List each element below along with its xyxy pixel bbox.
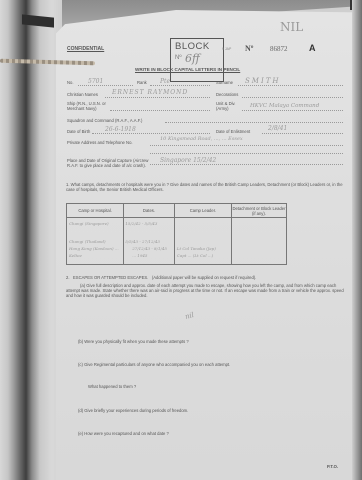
field-value-address: 10 Kingsmead Road, ..., ... Essex [160, 136, 243, 142]
field-line [78, 85, 133, 86]
question-c-label: (c) [78, 362, 83, 367]
section2-heading: 2. ESCAPES OR ATTEMPTED ESCAPES. (Additi… [66, 275, 256, 280]
field-value-capture: Singapore 15/2/42 [160, 157, 216, 164]
field-line [150, 153, 343, 154]
question-d: (d) Give briefly your experiences during… [78, 408, 188, 413]
field-line [110, 110, 210, 111]
col-camp: Camp or Hospital. [67, 204, 124, 218]
classification-label: CONFIDENTIAL [67, 46, 104, 52]
field-value-surname: SMITH [245, 77, 281, 85]
col-dates: Dates. [124, 204, 175, 218]
field-value-no: 5701 [88, 78, 103, 85]
cell-camps: Changi (Singapore) Changi (Thailand) Hon… [67, 218, 124, 265]
field-label-capture: Place and Date of Original Capture (Airc… [67, 159, 157, 168]
nil-annotation: NIL [280, 20, 303, 34]
field-label-no: No. [67, 80, 74, 85]
stamp-no-label: Nº [175, 55, 182, 61]
stamp-title: BLOCK [175, 41, 210, 52]
field-label-christian-names: Christian Names [67, 92, 98, 97]
field-label-surname: Surname [216, 80, 233, 85]
pto-label: P.T.O. [327, 464, 338, 469]
field-label-enlistment: Date of Enlistment [216, 129, 250, 134]
col-camp-leader: Camp Leader. [174, 204, 231, 218]
camps-table: Camp or Hospital. Dates. Camp Leader. De… [66, 203, 287, 265]
field-label-decorations: Decorations [216, 92, 238, 97]
leader-entry: Lt Col Tanaka (Jap) [177, 246, 216, 251]
file-binder-spine [0, 0, 62, 480]
question-c-text: Give Regimental particulars of anyone wh… [84, 362, 230, 367]
serial-number: 86872 [270, 45, 288, 53]
camp-entry: Hong Kong (Kowloon) ... [69, 246, 119, 251]
field-line [105, 97, 210, 98]
section2-note: (Additional paper will be supplied on re… [152, 275, 257, 280]
dates-entry: 15/2/42 - 5/5/43 [125, 221, 157, 226]
field-value-unit: HKVC Malaya Command [250, 103, 319, 109]
camp-entry: Keltee [69, 253, 82, 258]
camps-table-body: Changi (Singapore) Changi (Thailand) Hon… [67, 218, 287, 265]
camps-table-header: Camp or Hospital. Dates. Camp Leader. De… [67, 204, 287, 218]
field-line [242, 97, 343, 98]
dates-entry: 27/12/43 - 8/1/45 [132, 246, 167, 251]
question-d-text: Give briefly your experiences during per… [84, 408, 188, 413]
question-a: (a) Give full description and approx. da… [66, 284, 351, 298]
cell-detachment-leaders [231, 218, 286, 265]
field-value-dob: 26-6-1918 [105, 126, 136, 133]
field-value-enlistment: 2/8/41 [268, 125, 287, 132]
question-c-followup: What happened to them ? [88, 384, 136, 389]
field-label-address: Private Address and Telephone No. [67, 140, 133, 145]
serial-suffix: A [309, 43, 316, 53]
field-label-squadron: Squadron and Command (R.A.F., A.A.F.) [67, 118, 142, 123]
field-line [150, 164, 343, 165]
field-line [150, 145, 343, 146]
col-detachment-leader: Detachment or Block Leader (if any). [231, 204, 286, 218]
section1-text: What camps, detachments or hospitals wer… [66, 182, 343, 192]
field-line [262, 133, 343, 134]
cell-dates: 15/2/42 - 5/5/43 5/5/43 - 27/12/43 27/12… [124, 218, 175, 265]
question-e-text: How were you recaptured and on what date… [84, 431, 169, 436]
field-label-dob: Date of Birth [67, 129, 90, 134]
field-line [92, 133, 210, 134]
question-b-label: (b) [78, 339, 83, 344]
section2-title: ESCAPES OR ATTEMPTED ESCAPES. [73, 275, 148, 280]
page-edge-shadow [352, 0, 362, 480]
block-stamp: BLOCK Nº 6ff [170, 38, 224, 82]
field-label-rank: Rank [137, 80, 147, 85]
question-b: (b) Were you physically fit when you mad… [78, 339, 189, 344]
question-d-label: (d) [78, 408, 83, 413]
field-value-rank: Pte [160, 78, 170, 85]
stamp-handwritten-value: 6ff [185, 52, 200, 65]
stamp-edge-text: 9 JAP [222, 47, 231, 51]
dates-entry: 5/5/43 - 27/12/43 [125, 239, 160, 244]
field-line [165, 122, 343, 123]
question-e-label: (e) [78, 431, 83, 436]
section2-number: 2. [66, 275, 70, 280]
camp-entry: Changi (Singapore) [69, 221, 109, 226]
cell-camp-leaders: Lt Col Tanaka (Jap) Capt ... (Lt Col ...… [174, 218, 231, 265]
section1-question: 1. What camps, detachments or hospitals … [66, 183, 351, 193]
question-b-text: Were you physically fit when you made th… [84, 339, 188, 344]
field-line [242, 110, 343, 111]
question-c: (c) Give Regimental particulars of anyon… [78, 362, 230, 367]
leader-entry: Capt ... (Lt Col ...) [177, 253, 213, 258]
instruction-heading: WRITE IN BLOCK CAPITAL LETTERS IN PENCIL [135, 67, 240, 72]
question-a-text: Give full description and approx. date o… [66, 283, 344, 298]
serial-label: Nº [245, 44, 253, 53]
question-e: (e) How were you recaptured and on what … [78, 431, 169, 436]
field-line [238, 85, 343, 86]
field-value-christian-names: ERNEST RAYMOND [112, 89, 188, 96]
field-line [150, 85, 210, 86]
dates-entry: ... 1945 [132, 253, 147, 258]
camp-entry: Changi (Thailand) [69, 239, 106, 244]
